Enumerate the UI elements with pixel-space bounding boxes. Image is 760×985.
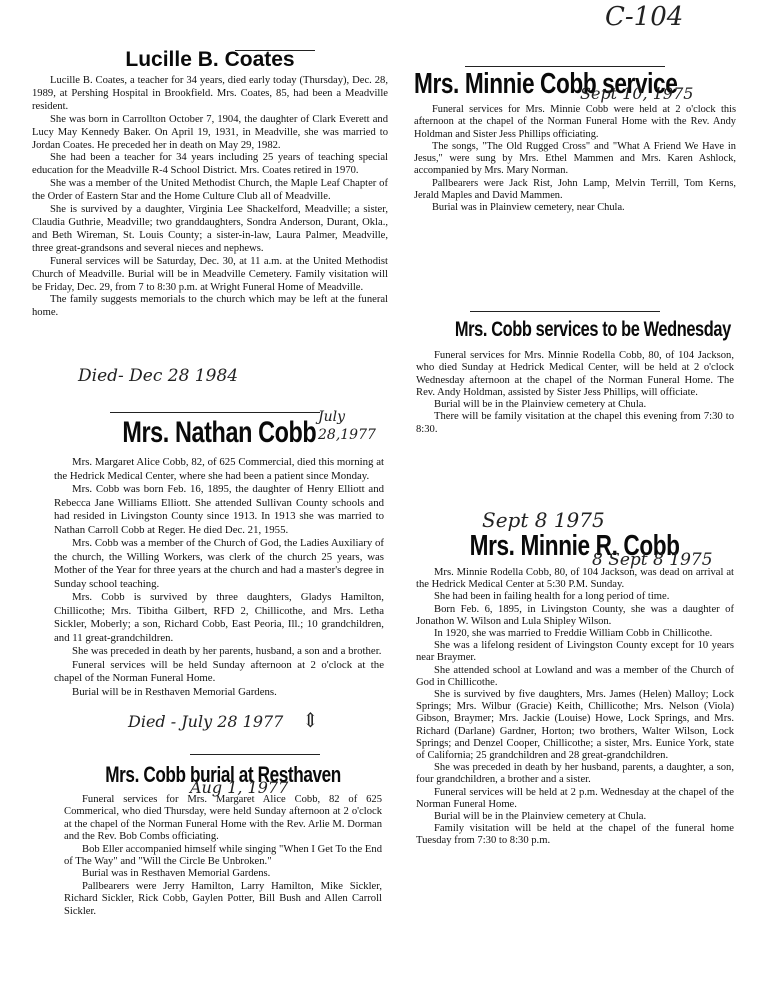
paragraph: Pallbearers were Jack Rist, John Lamp, M… [414, 178, 736, 203]
headline-text: Mrs. Cobb services to be Wednesday [455, 318, 731, 342]
handwritten-date: 8 Sept 8 1975 [592, 550, 713, 570]
paragraph: Funeral services will be Saturday, Dec. … [32, 256, 388, 295]
article-body: Mrs. Minnie Rodella Cobb, 80, of 104 Jac… [416, 567, 734, 848]
handwritten-death-note: Died- Dec 28 1984 [78, 366, 238, 386]
clipping-lucille-coates: Lucille B. Coates Lucille B. Coates, a t… [32, 48, 388, 320]
paragraph: She was born in Carrollton October 7, 19… [32, 114, 388, 153]
paragraph: Mrs. Cobb is survived by three daughters… [54, 591, 384, 645]
article-body: Funeral services for Mrs. Minnie Rodella… [416, 350, 734, 436]
article-body: Funeral services for Mrs. Margaret Alice… [64, 794, 382, 918]
paragraph: She was a lifelong resident of Livingsto… [416, 640, 734, 664]
paragraph: Burial will be in the Plainview cemetery… [416, 811, 734, 823]
paragraph: In 1920, she was married to Freddie Will… [416, 628, 734, 640]
paragraph: She was preceded in death by her parents… [54, 645, 384, 659]
paragraph: Funeral services for Mrs. Minnie Rodella… [416, 350, 734, 399]
paragraph: Funeral services for Mrs. Minnie Cobb we… [414, 104, 736, 141]
paragraph: Funeral services will be held at 2 p.m. … [416, 787, 734, 811]
headline: Lucille B. Coates [32, 48, 388, 72]
paragraph: She was preceded in death by her husband… [416, 762, 734, 786]
article-body: Funeral services for Mrs. Minnie Cobb we… [414, 104, 736, 215]
paragraph: Burial will be in Resthaven Memorial Gar… [54, 686, 384, 700]
paragraph: Mrs. Minnie Rodella Cobb, 80, of 104 Jac… [416, 567, 734, 591]
paragraph: There will be family visitation at the c… [416, 411, 734, 436]
clipping-cobb-services-wednesday: Mrs. Cobb services to be Wednesday Funer… [416, 318, 734, 436]
paragraph: Burial will be in the Plainview cemetery… [416, 399, 734, 411]
paragraph: Funeral services will be held Sunday aft… [54, 659, 384, 686]
paragraph: Burial was in Plainview cemetery, near C… [414, 202, 736, 214]
paragraph: Mrs. Cobb was born Feb. 16, 1895, the da… [54, 483, 384, 537]
headline-text: Mrs. Nathan Cobb [122, 416, 316, 450]
handwritten-date: Aug 1, 1977 [190, 778, 288, 797]
paragraph: She had been in failing health for a lon… [416, 591, 734, 603]
handwritten-death-note: Died - July 28 1977 [128, 712, 283, 731]
article-body: Mrs. Margaret Alice Cobb, 82, of 625 Com… [54, 456, 384, 699]
clipping-minnie-r-cobb: Mrs. Minnie R. Cobb Mrs. Minnie Rodella … [416, 530, 734, 848]
paragraph: Lucille B. Coates, a teacher for 34 year… [32, 75, 388, 114]
page-label: C-104 [605, 2, 683, 32]
handwritten-date: Sept 10, 1975 [580, 84, 693, 103]
divider-rule [470, 311, 660, 312]
paragraph: Born Feb. 6, 1895, in Livingston County,… [416, 604, 734, 628]
paragraph: Mrs. Margaret Alice Cobb, 82, of 625 Com… [54, 456, 384, 483]
paragraph: Burial was in Resthaven Memorial Gardens… [64, 868, 382, 880]
paragraph: She is survived by a daughter, Virginia … [32, 204, 388, 256]
paragraph: The songs, "The Old Rugged Cross" and "W… [414, 141, 736, 178]
headline: Mrs. Cobb services to be Wednesday [416, 318, 734, 342]
divider-rule [190, 754, 320, 755]
paragraph: Pallbearers were Jerry Hamilton, Larry H… [64, 881, 382, 918]
handwritten-date: July 28,1977 [318, 408, 378, 444]
paragraph: Family visitation will be held at the ch… [416, 823, 734, 847]
paragraph: She had been a teacher for 34 years incl… [32, 152, 388, 178]
paragraph: Funeral services for Mrs. Margaret Alice… [64, 794, 382, 844]
updown-arrow-icon: ⇕ [302, 708, 319, 732]
paragraph: The family suggests memorials to the chu… [32, 294, 388, 320]
clipping-nathan-cobb: Mrs. Nathan Cobb Mrs. Margaret Alice Cob… [54, 416, 384, 699]
article-body: Lucille B. Coates, a teacher for 34 year… [32, 75, 388, 320]
paragraph: She attended school at Lowland and was a… [416, 665, 734, 689]
paragraph: Bob Eller accompanied himself while sing… [64, 844, 382, 869]
divider-rule [465, 66, 665, 67]
divider-rule [110, 412, 320, 413]
paragraph: She was a member of the United Methodist… [32, 178, 388, 204]
handwritten-note-above: Sept 8 1975 [482, 508, 605, 532]
paragraph: Mrs. Cobb was a member of the Church of … [54, 537, 384, 591]
paragraph: She is survived by five daughters, Mrs. … [416, 689, 734, 762]
